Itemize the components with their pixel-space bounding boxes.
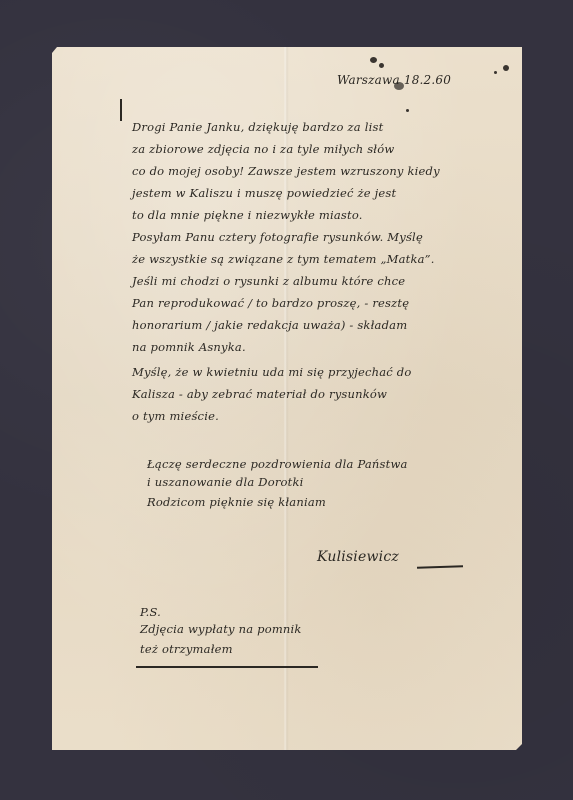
body-line-4: jestem w Kaliszu i muszę powiedzieć że j… (132, 186, 396, 200)
body-line-5: to dla mnie piękne i niezwykłe miasto. (132, 208, 363, 222)
body-line-1: Drogi Panie Janku, dziękuję bardzo za li… (132, 120, 383, 134)
body-line-2: za zbiorowe zdjęcia no i za tyle miłych … (132, 142, 394, 156)
body-line-3: co do mojej osoby! Zawsze jestem wzruszo… (132, 164, 440, 178)
closing-line-3: Rodzicom pięknie się kłaniam (147, 495, 326, 509)
signature: Kulisiewicz (317, 549, 399, 565)
margin-mark (120, 99, 122, 121)
postscript-line-2: też otrzymałem (140, 642, 233, 656)
postscript-underline (136, 666, 318, 668)
closing-line-2: i uszanowanie dla Dorotki (147, 475, 304, 489)
closing-line-1: Łączę serdeczne pozdrowienia dla Państwa (147, 457, 408, 471)
ink-blot (370, 57, 377, 63)
ink-blot (379, 63, 384, 68)
body-line-12: Myślę, że w kwietniu uda mi się przyjech… (132, 365, 411, 379)
body-line-14: o tym mieście. (132, 409, 219, 423)
body-line-11: na pomnik Asnyka. (132, 340, 246, 354)
body-line-13: Kalisza - aby zebrać materiał do rysunkó… (132, 387, 387, 401)
body-line-9: Pan reprodukować / to bardzo proszę, - r… (132, 296, 409, 310)
letter-date: Warszawa 18.2.60 (337, 73, 451, 87)
letter-paper: Warszawa 18.2.60 Drogi Panie Janku, dzię… (52, 47, 522, 750)
body-line-6: Posyłam Panu cztery fotografie rysunków.… (132, 230, 423, 244)
body-line-8: Jeśli mi chodzi o rysunki z albumu które… (132, 274, 405, 288)
body-line-10: honorarium / jakie redakcja uważa) - skł… (132, 318, 407, 332)
postscript-label: P.S. (140, 605, 161, 619)
signature-flourish (417, 565, 463, 568)
postscript-line-1: Zdjęcia wypłaty na pomnik (140, 622, 302, 636)
body-line-7: że wszystkie są związane z tym tematem „… (132, 252, 435, 266)
ink-blot (494, 71, 497, 74)
ink-blot (503, 65, 509, 71)
ink-blot (406, 109, 409, 112)
